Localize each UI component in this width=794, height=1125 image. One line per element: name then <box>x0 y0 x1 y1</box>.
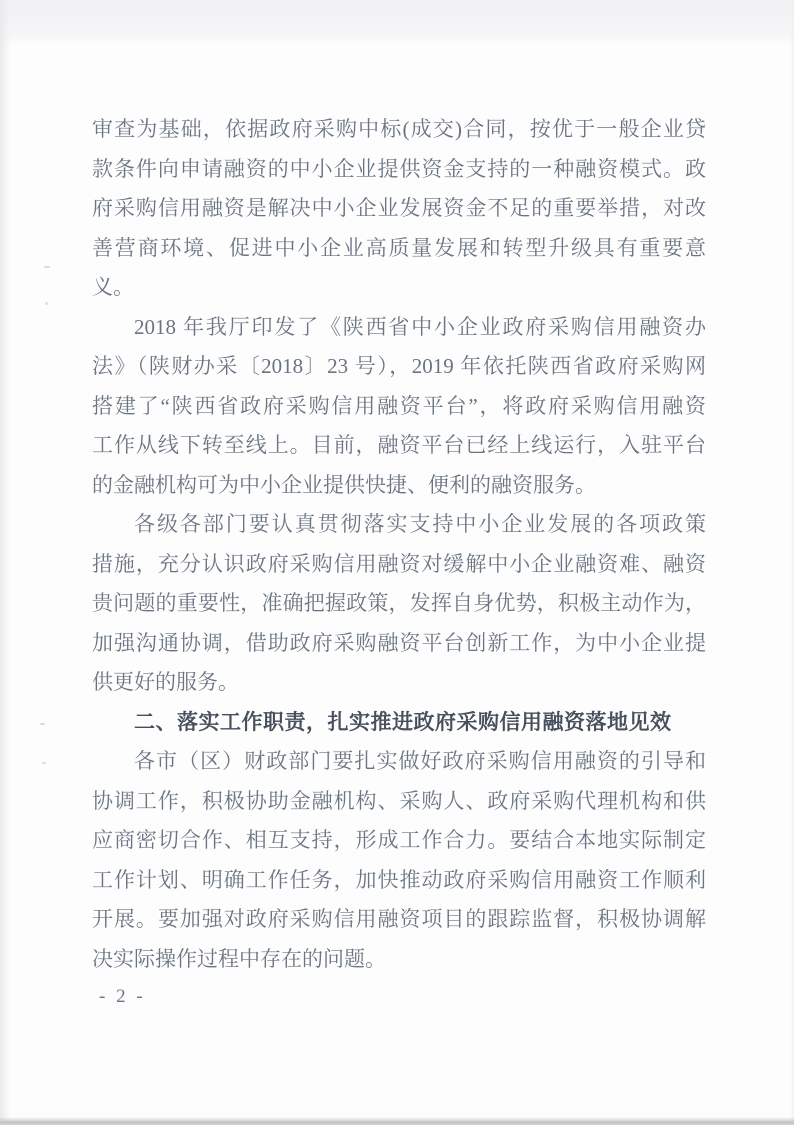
text-line: 工作计划、明确工作任务，加快推动政府采购信用融资工作顺利 <box>92 861 706 901</box>
scan-top-shadow <box>0 0 794 44</box>
page-number: - 2 - <box>99 986 146 1008</box>
text-line: 的金融机构可为中小企业提供快捷、便利的融资服务。 <box>92 466 706 506</box>
paragraph: 各市（区）财政部门要扎实做好政府采购信用融资的引导和协调工作，积极协助金融机构、… <box>92 742 706 979</box>
scan-speck <box>42 762 46 764</box>
text-line: 搭建了“陕西省政府采购信用融资平台”，将政府采购信用融资 <box>92 387 706 427</box>
text-line: 决实际操作过程中存在的问题。 <box>92 940 706 980</box>
text-line: 府采购信用融资是解决中小企业发展资金不足的重要举措，对改 <box>92 189 706 229</box>
text-line: 协调工作，积极协助金融机构、采购人、政府采购代理机构和供 <box>92 782 706 822</box>
text-line: 善营商环境、促进中小企业高质量发展和转型升级具有重要意 <box>92 229 706 269</box>
text-line: 法》（陕财办采〔2018〕23 号），2019 年依托陕西省政府采购网 <box>92 347 706 387</box>
text-line: 义。 <box>92 268 706 308</box>
text-line: 工作从线下转至线上。目前，融资平台已经上线运行，入驻平台 <box>92 426 706 466</box>
text-block: 审查为基础，依据政府采购中标(成交)合同，按优于一般企业贷款条件向申请融资的中小… <box>92 110 706 979</box>
document-page: 审查为基础，依据政府采购中标(成交)合同，按优于一般企业贷款条件向申请融资的中小… <box>0 0 794 1125</box>
text-line: 加强沟通协调，借助政府采购融资平台创新工作，为中小企业提 <box>92 624 706 664</box>
paragraph: 各级各部门要认真贯彻落实支持中小企业发展的各项政策措施，充分认识政府采购信用融资… <box>92 505 706 703</box>
text-line: 措施，充分认识政府采购信用融资对缓解中小企业融资难、融资 <box>92 545 706 585</box>
text-line: 贵问题的重要性，准确把握政策，发挥自身优势，积极主动作为， <box>92 584 706 624</box>
text-line: 各市（区）财政部门要扎实做好政府采购信用融资的引导和 <box>92 742 706 782</box>
text-line: 审查为基础，依据政府采购中标(成交)合同，按优于一般企业贷 <box>92 110 706 150</box>
text-line: 开展。要加强对政府采购信用融资项目的跟踪监督，积极协调解 <box>92 900 706 940</box>
scan-speck <box>40 723 45 725</box>
heading-line: 二、落实工作职责，扎实推进政府采购信用融资落地见效 <box>92 703 706 743</box>
scan-speck <box>44 266 50 268</box>
text-line: 款条件向申请融资的中小企业提供资金支持的一种融资模式。政 <box>92 150 706 190</box>
text-line: 各级各部门要认真贯彻落实支持中小企业发展的各项政策 <box>92 505 706 545</box>
paragraph: 审查为基础，依据政府采购中标(成交)合同，按优于一般企业贷款条件向申请融资的中小… <box>92 110 706 308</box>
section-heading: 二、落实工作职责，扎实推进政府采购信用融资落地见效 <box>92 703 706 743</box>
text-line: 应商密切合作、相互支持，形成工作合力。要结合本地实际制定 <box>92 821 706 861</box>
scan-bottom-edge-shadow <box>0 1117 794 1125</box>
paragraph: 2018 年我厅印发了《陕西省中小企业政府采购信用融资办法》（陕财办采〔2018… <box>92 308 706 506</box>
scan-speck <box>45 302 48 305</box>
scan-right-edge-shadow <box>790 0 794 1125</box>
text-line: 2018 年我厅印发了《陕西省中小企业政府采购信用融资办 <box>92 308 706 348</box>
text-line: 供更好的服务。 <box>92 663 706 703</box>
scan-left-edge-shadow <box>0 0 10 1125</box>
